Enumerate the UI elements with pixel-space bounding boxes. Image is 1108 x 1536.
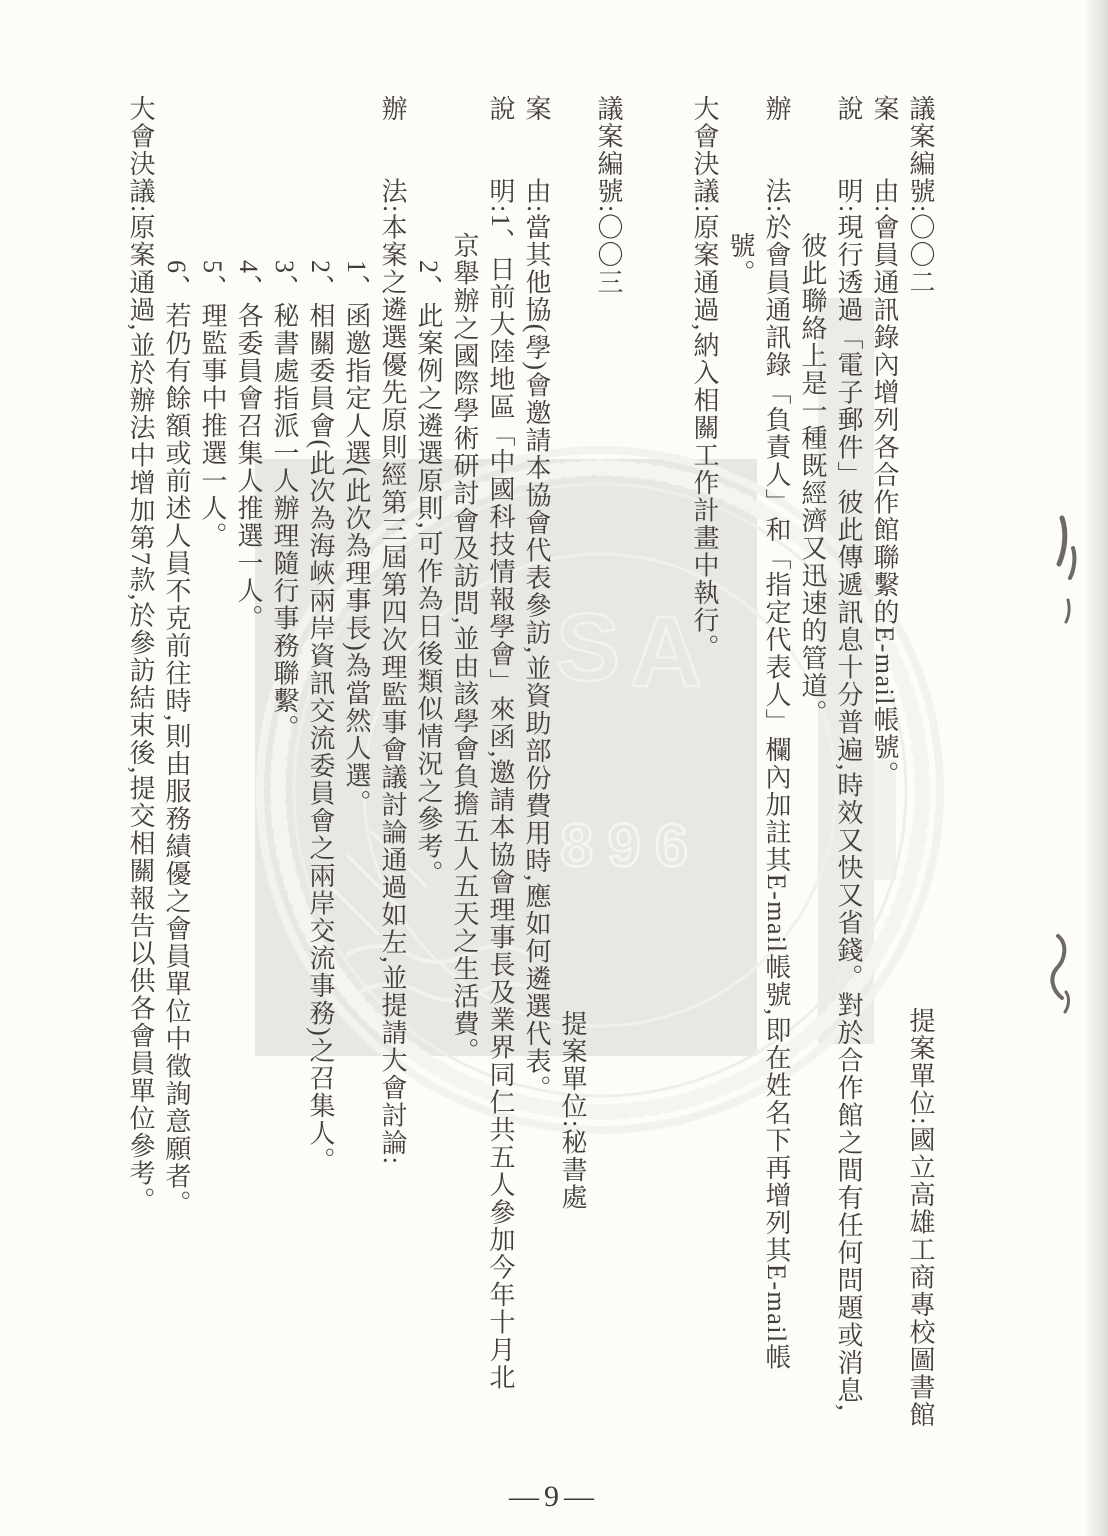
page-edge-shadow [1084,0,1108,1536]
scan-edge-marks [0,0,1108,1536]
scanned-document-page: S A 896 議案編號:〇〇二 提案單位:國立高雄工商專校圖書館 案 由:會員… [0,0,1108,1536]
